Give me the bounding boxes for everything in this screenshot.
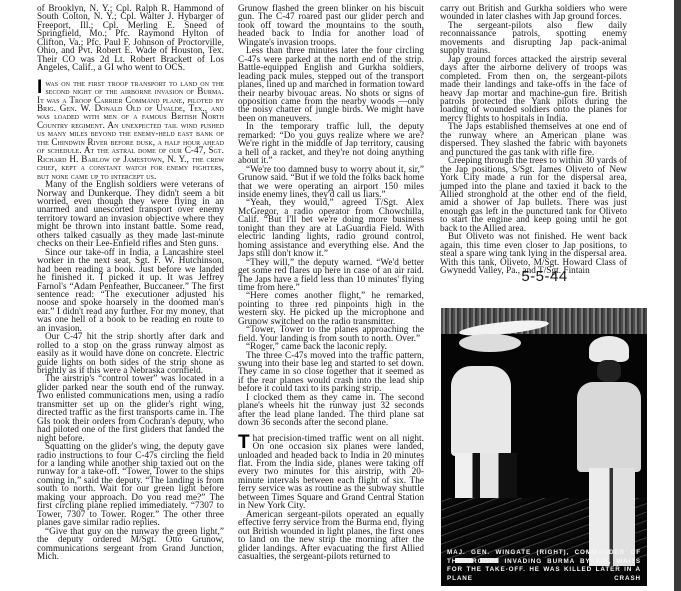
paragraph-dropcap: Iwas on the first troop transport to lan… xyxy=(37,79,224,180)
paragraph: “Yeah, they would,” agreed T/Sgt. Alex M… xyxy=(238,198,424,257)
paragraph: Creeping through the trees to within 30 … xyxy=(440,156,627,232)
photo-right-man-helmet xyxy=(589,336,629,362)
paragraph: Less than three minutes later the four c… xyxy=(238,46,424,122)
paragraph: The three C-47s moved into the traffic p… xyxy=(238,351,424,393)
paragraph: American sergeant-pilots operated an equ… xyxy=(238,510,424,561)
dropcap-letter: T xyxy=(238,435,250,450)
paragraph-text: was on the first troop transport to land… xyxy=(37,78,224,181)
paragraph: “Tower, Tower to the planes approaching … xyxy=(238,325,424,342)
article-column-3: carry out British and Gurkha soldiers wh… xyxy=(440,4,627,275)
photo-right-man xyxy=(577,382,641,472)
paragraph: Squatting on the glider's wing, the depu… xyxy=(37,442,224,527)
paragraph-dropcap: That precision-timed traffic went on all… xyxy=(238,434,424,510)
wingate-photo: MAJ. GEN. WINGATE (RIGHT), COMMANDER OF … xyxy=(441,308,647,586)
paragraph: Many of the English soldiers were vetera… xyxy=(37,180,224,248)
article-column-1: of Brooklyn, N. Y.; Cpl. Ralph R. Hammon… xyxy=(37,4,224,560)
photo-left-man-hat xyxy=(459,334,521,352)
photo-caption: MAJ. GEN. WINGATE (RIGHT), COMMANDER OF … xyxy=(447,549,641,583)
dropcap-letter: I xyxy=(37,80,42,95)
page-edge-bar xyxy=(674,0,681,591)
paragraph: The airstrip's “control tower” was locat… xyxy=(37,374,224,442)
article-column-2: Grunow flashed the green blinker on his … xyxy=(238,4,424,560)
photo-right-man-face xyxy=(597,360,621,382)
paragraph: Since our take-off in India, a Lancashir… xyxy=(37,248,224,333)
paragraph: Grunow flashed the green blinker on his … xyxy=(238,4,424,46)
paragraph: Our C-47 hit the strip shortly after dar… xyxy=(37,332,224,374)
paragraph: carry out British and Gurkha soldiers wh… xyxy=(440,4,627,21)
photo-left-man xyxy=(451,366,511,456)
photo-date-label: 5-5-44 xyxy=(441,268,648,285)
paragraph: “Here comes another flight,” he remarked… xyxy=(238,291,424,325)
paragraph: Jap ground forces attacked the airstrip … xyxy=(440,55,627,123)
paragraph: In the temporary traffic lull, the deput… xyxy=(238,122,424,164)
paragraph: of Brooklyn, N. Y.; Cpl. Ralph R. Hammon… xyxy=(37,4,224,72)
paragraph-text: hat precision-timed traffic went on all … xyxy=(238,433,424,511)
paragraph: The Japs established themselves at one e… xyxy=(440,122,627,156)
paragraph: I clocked them as they came in. The seco… xyxy=(238,393,424,427)
paragraph: The sergeant-pilots also flew daily reco… xyxy=(440,21,627,55)
paragraph: “We're too damned busy to worry about it… xyxy=(238,165,424,199)
paragraph: “Give that guy on the runway the green l… xyxy=(37,527,224,561)
paragraph: “They will,” the deputy warned. “We'd be… xyxy=(238,258,424,292)
photo-figure: 5-5-44 MAJ. GEN. WINGATE (RIGHT), COMMAN… xyxy=(441,268,648,586)
